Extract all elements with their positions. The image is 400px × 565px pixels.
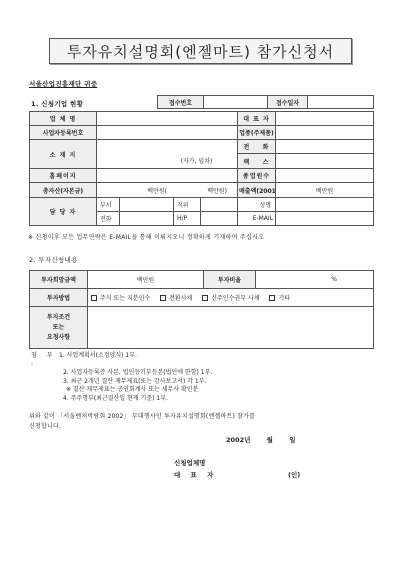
address-field[interactable]: (자가, 임차) [97, 140, 238, 169]
option-label: 신주인수권부 사채 [211, 295, 259, 302]
hp-field[interactable] [201, 212, 238, 226]
fax-field[interactable] [276, 154, 374, 169]
attachments: 첨 부 :1. 사업계획서(소정양식) 1부. 2. 사업자등록증 사본, 법인… [31, 352, 212, 404]
receipt-table: 접수번호 접수일자 [157, 95, 374, 109]
attachments-label: 첨 부 : [31, 352, 59, 369]
applicant-company-label: 신청업체명 [174, 458, 205, 467]
closing-statement: 위와 같이 「서울벤처박람회 2002」 부대행사인 투자유치설명회(엔젤마트)… [29, 412, 255, 432]
name-field[interactable] [276, 198, 374, 212]
receipt-date-field[interactable] [308, 96, 374, 109]
sales-label: 매출액(2001) [238, 183, 276, 198]
ratio-field[interactable]: % [256, 271, 374, 289]
hp-label: H/P [174, 212, 201, 226]
assets-label: 총자산(자본금) [30, 183, 97, 198]
conditions-label-line1: 투자조건 [31, 313, 86, 323]
checkbox-icon[interactable] [91, 295, 97, 301]
email-label: E-MAIL [238, 212, 276, 226]
date-month[interactable]: 월 [267, 436, 273, 444]
investment-table: 투자희망금액 백만원 투자비율 % 투자방법 주식 또는 지분인수 전환사채 신… [29, 270, 374, 349]
industry-field[interactable] [276, 126, 374, 140]
addressee: 서울산업진흥재단 귀중 [29, 79, 97, 88]
receipt-number-field[interactable] [204, 96, 268, 109]
date-line: 2002년 월 일 [226, 435, 295, 444]
homepage-label: 홈페이지 [30, 169, 97, 183]
date-day[interactable]: 일 [289, 436, 295, 444]
address-label: 소 재 지 [30, 140, 97, 169]
method-option-stock[interactable]: 주식 또는 지분인수 [89, 295, 150, 302]
dept-label: 부서 [97, 198, 120, 212]
date-year: 2002년 [226, 436, 250, 444]
method-label: 투자방법 [30, 289, 88, 307]
dept-field[interactable] [120, 198, 174, 212]
assets-value-1: 백만원( [107, 186, 167, 195]
amount-field[interactable]: 백만원 [88, 271, 204, 289]
phone-field[interactable] [276, 140, 374, 154]
amount-label: 투자희망금액 [30, 271, 88, 289]
position-label: 직위 [174, 198, 201, 212]
company-info-table: 업 체 명 대 표 자 사업자등록번호 업종(주제품) 소 재 지 (자가, 임… [29, 111, 374, 226]
section1-title: 1. 신청기업 현황 [31, 99, 83, 108]
receipt-date-label: 접수일자 [268, 96, 308, 109]
attachment-note: ※ 결산 재무제표는 공인회계사 또는 세무사 확인분 [59, 386, 198, 395]
seal-mark: (인) [288, 470, 300, 479]
conditions-field[interactable] [88, 307, 374, 349]
attachment-item: 1. 사업계획서(소정양식) 1부. [59, 352, 137, 369]
checkbox-icon[interactable] [202, 295, 208, 301]
sales-field[interactable]: 백만원 [276, 183, 374, 198]
conditions-label: 투자조건 또는 요청사항 [30, 307, 88, 349]
checkbox-icon[interactable] [269, 295, 275, 301]
email-field[interactable] [276, 212, 374, 226]
option-label: 전환사채 [169, 295, 192, 302]
attachment-item: 2. 사업자등록증 사본, 법인등기부등본(법인에 한함) 1부. [59, 369, 212, 378]
email-notice: ※ 신청이후 모든 업무연락은 E-MAIL을 통해 이뤄지오니 정확하게 기재… [28, 232, 264, 241]
closing-line1: 위와 같이 「서울벤처박람회 2002」 부대행사인 투자유치설명회(엔젤마트)… [29, 412, 255, 422]
address-hint: (자가, 임차) [181, 158, 213, 165]
industry-label: 업종(주제품) [238, 126, 276, 140]
homepage-field[interactable] [97, 169, 238, 183]
ratio-label: 투자비율 [204, 271, 256, 289]
ceo-field[interactable] [276, 112, 374, 126]
section2-title: 2. 투자신청내용 [29, 255, 78, 264]
fax-label: 팩 스 [238, 154, 276, 169]
company-name-label: 업 체 명 [30, 112, 97, 126]
company-name-field[interactable] [97, 112, 238, 126]
assets-value-2: 백만원) [169, 186, 227, 195]
contact-label: 담 당 자 [30, 198, 97, 226]
method-option-bond-warrant[interactable]: 신주인수권부 사채 [200, 295, 259, 302]
tel-field[interactable] [120, 212, 174, 226]
checkbox-icon[interactable] [160, 295, 166, 301]
conditions-label-line2: 또는 [31, 323, 86, 333]
option-label: 주식 또는 지분인수 [100, 295, 150, 302]
conditions-label-line3: 요청사항 [31, 333, 86, 343]
method-options: 주식 또는 지분인수 전환사채 신주인수권부 사채 기타 [88, 289, 374, 307]
ceo-label: 대 표 자 [238, 112, 276, 126]
position-field[interactable] [201, 198, 238, 212]
attachment-item: 4. 주주명부(최근결산일 현재 기준) 1부. [59, 395, 168, 404]
option-label: 기타 [278, 295, 290, 302]
biz-reg-field[interactable] [97, 126, 238, 140]
method-option-convertible[interactable]: 전환사채 [158, 295, 192, 302]
form-title: 투자유치설명회(엔젤마트) 참가신청서 [49, 38, 352, 64]
method-option-other[interactable]: 기타 [267, 295, 290, 302]
assets-field[interactable]: 백만원( 백만원) [97, 183, 238, 198]
employees-field[interactable] [276, 169, 374, 183]
tel-label: 전화 [97, 212, 120, 226]
employees-label: 종업원수 [238, 169, 276, 183]
name-label: 성명 [238, 198, 276, 212]
closing-line2: 신청합니다. [29, 422, 255, 432]
receipt-number-label: 접수번호 [158, 96, 204, 109]
applicant-ceo-label: 대 표 자 [174, 470, 217, 479]
biz-reg-label: 사업자등록번호 [30, 126, 97, 140]
phone-label: 전 화 [238, 140, 276, 154]
